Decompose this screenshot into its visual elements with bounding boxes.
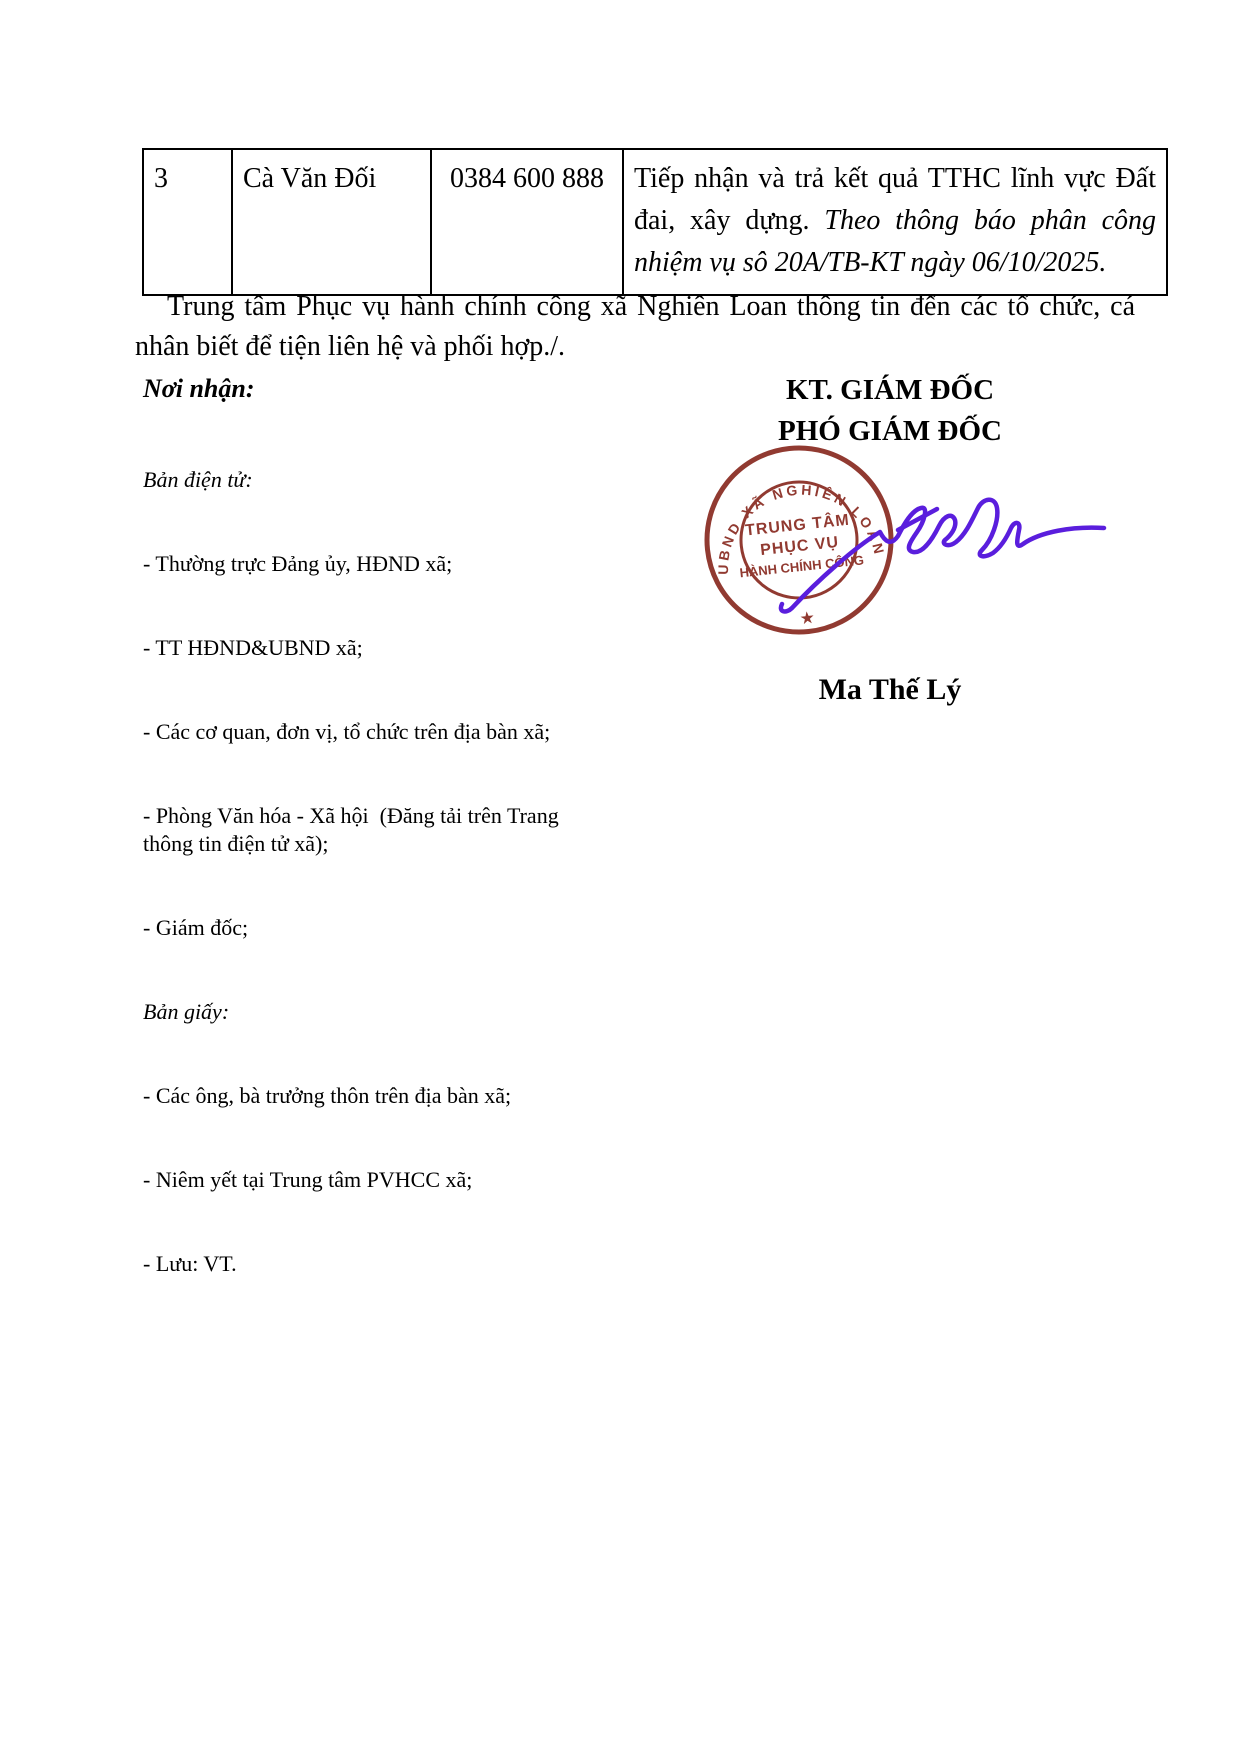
cell-duty-description: Tiếp nhận và trả kết quả TTHC lĩnh vực Đ… xyxy=(623,149,1167,295)
recipient-item: - Các cơ quan, đơn vị, tổ chức trên địa … xyxy=(143,718,591,746)
table-row: 3 Cà Văn Đối 0384 600 888 Tiếp nhận và t… xyxy=(143,149,1167,295)
recipient-item: - Thường trực Đảng ủy, HĐND xã; xyxy=(143,550,591,578)
recipient-item: - Giám đốc; xyxy=(143,914,591,942)
recipient-item: - TT HĐND&UBND xã; xyxy=(143,634,591,662)
signature-heading-block: KT. GIÁM ĐỐC PHÓ GIÁM ĐỐC xyxy=(610,375,1170,446)
recipients-sublabel-electronic: Bản điện tử: xyxy=(143,466,591,494)
recipient-item: - Lưu: VT. xyxy=(143,1250,591,1278)
acting-director-title: KT. GIÁM ĐỐC xyxy=(610,375,1170,405)
cell-staff-name: Cà Văn Đối xyxy=(232,149,431,295)
recipient-item: - Niêm yết tại Trung tâm PVHCC xã; xyxy=(143,1166,591,1194)
signer-name: Ma Thế Lý xyxy=(610,673,1170,707)
recipients-list: Bản điện tử: - Thường trực Đảng ủy, HĐND… xyxy=(143,410,591,1306)
recipients-sublabel-paper: Bản giấy: xyxy=(143,998,591,1026)
signature-main-stroke xyxy=(781,500,1104,612)
signature-crossbar-stroke xyxy=(898,509,937,530)
recipient-item: - Phòng Văn hóa - Xã hội (Đăng tải trên … xyxy=(143,802,591,858)
recipients-heading: Nơi nhận: xyxy=(143,374,255,404)
cell-phone-number: 0384 600 888 xyxy=(431,149,623,295)
staff-assignment-table: 3 Cà Văn Đối 0384 600 888 Tiếp nhận và t… xyxy=(142,148,1168,296)
cell-row-number: 3 xyxy=(143,149,232,295)
closing-paragraph: Trung tâm Phục vụ hành chính công xã Ngh… xyxy=(135,287,1135,367)
signature-ink-graphic xyxy=(752,462,1122,627)
handwritten-signature xyxy=(752,462,1122,627)
recipient-item: - Các ông, bà trưởng thôn trên địa bàn x… xyxy=(143,1082,591,1110)
